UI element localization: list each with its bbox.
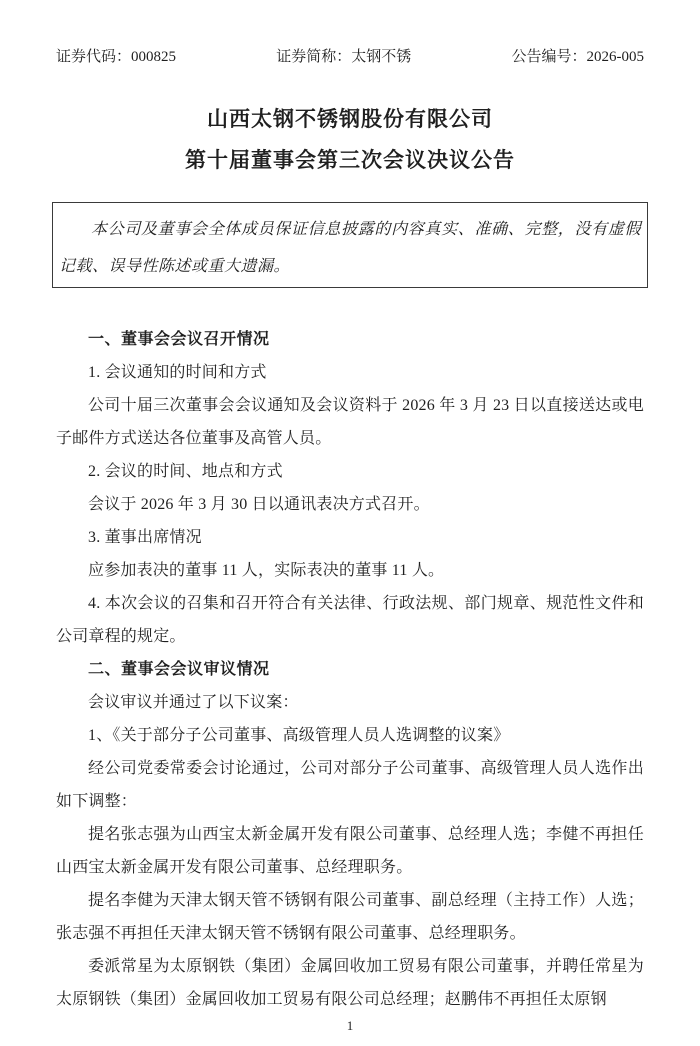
doc-subtitle: 第十届董事会第三次会议决议公告: [56, 148, 644, 174]
body-paragraph: 提名张志强为山西宝太新金属开发有限公司董事、总经理人选；李健不再担任山西宝太新金…: [56, 818, 644, 884]
document-body: 一、董事会会议召开情况 1. 会议通知的时间和方式 公司十届三次董事会会议通知及…: [56, 323, 644, 1016]
body-paragraph: 4. 本次会议的召集和召开符合有关法律、行政法规、部门规章、规范性文件和公司章程…: [56, 587, 644, 653]
announcement-number: 公告编号：2026-005: [512, 48, 645, 66]
disclaimer-text: 本公司及董事会全体成员保证信息披露的内容真实、准确、完整，没有虚假记载、误导性陈…: [59, 211, 641, 285]
document-page: 证券代码：000825 证券简称：太钢不锈 公告编号：2026-005 山西太钢…: [0, 0, 700, 1046]
stock-code: 证券代码：000825: [56, 48, 176, 66]
body-paragraph: 1. 会议通知的时间和方式: [56, 356, 644, 389]
body-paragraph: 委派常星为太原钢铁（集团）金属回收加工贸易有限公司董事，并聘任常星为太原钢铁（集…: [56, 950, 644, 1016]
page-number: 1: [56, 1018, 644, 1034]
section-heading-1: 一、董事会会议召开情况: [56, 323, 644, 356]
section-heading-2: 二、董事会会议审议情况: [56, 653, 644, 686]
body-paragraph: 应参加表决的董事 11 人，实际表决的董事 11 人。: [56, 554, 644, 587]
body-paragraph: 3. 董事出席情况: [56, 521, 644, 554]
header-row: 证券代码：000825 证券简称：太钢不锈 公告编号：2026-005: [56, 0, 644, 66]
body-paragraph: 2. 会议的时间、地点和方式: [56, 455, 644, 488]
body-paragraph: 经公司党委常委会讨论通过，公司对部分子公司董事、高级管理人员人选作出如下调整：: [56, 752, 644, 818]
body-paragraph: 会议审议并通过了以下议案：: [56, 686, 644, 719]
body-paragraph: 会议于 2026 年 3 月 30 日以通讯表决方式召开。: [56, 488, 644, 521]
disclaimer-box: 本公司及董事会全体成员保证信息披露的内容真实、准确、完整，没有虚假记载、误导性陈…: [52, 202, 648, 288]
stock-name: 证券简称：太钢不锈: [276, 48, 411, 66]
body-paragraph: 公司十届三次董事会会议通知及会议资料于 2026 年 3 月 23 日以直接送达…: [56, 389, 644, 455]
body-paragraph: 提名李健为天津太钢天管不锈钢有限公司董事、副总经理（主持工作）人选；张志强不再担…: [56, 884, 644, 950]
body-paragraph: 1、《关于部分子公司董事、高级管理人员人选调整的议案》: [56, 719, 644, 752]
doc-title: 山西太钢不锈钢股份有限公司: [56, 107, 644, 133]
